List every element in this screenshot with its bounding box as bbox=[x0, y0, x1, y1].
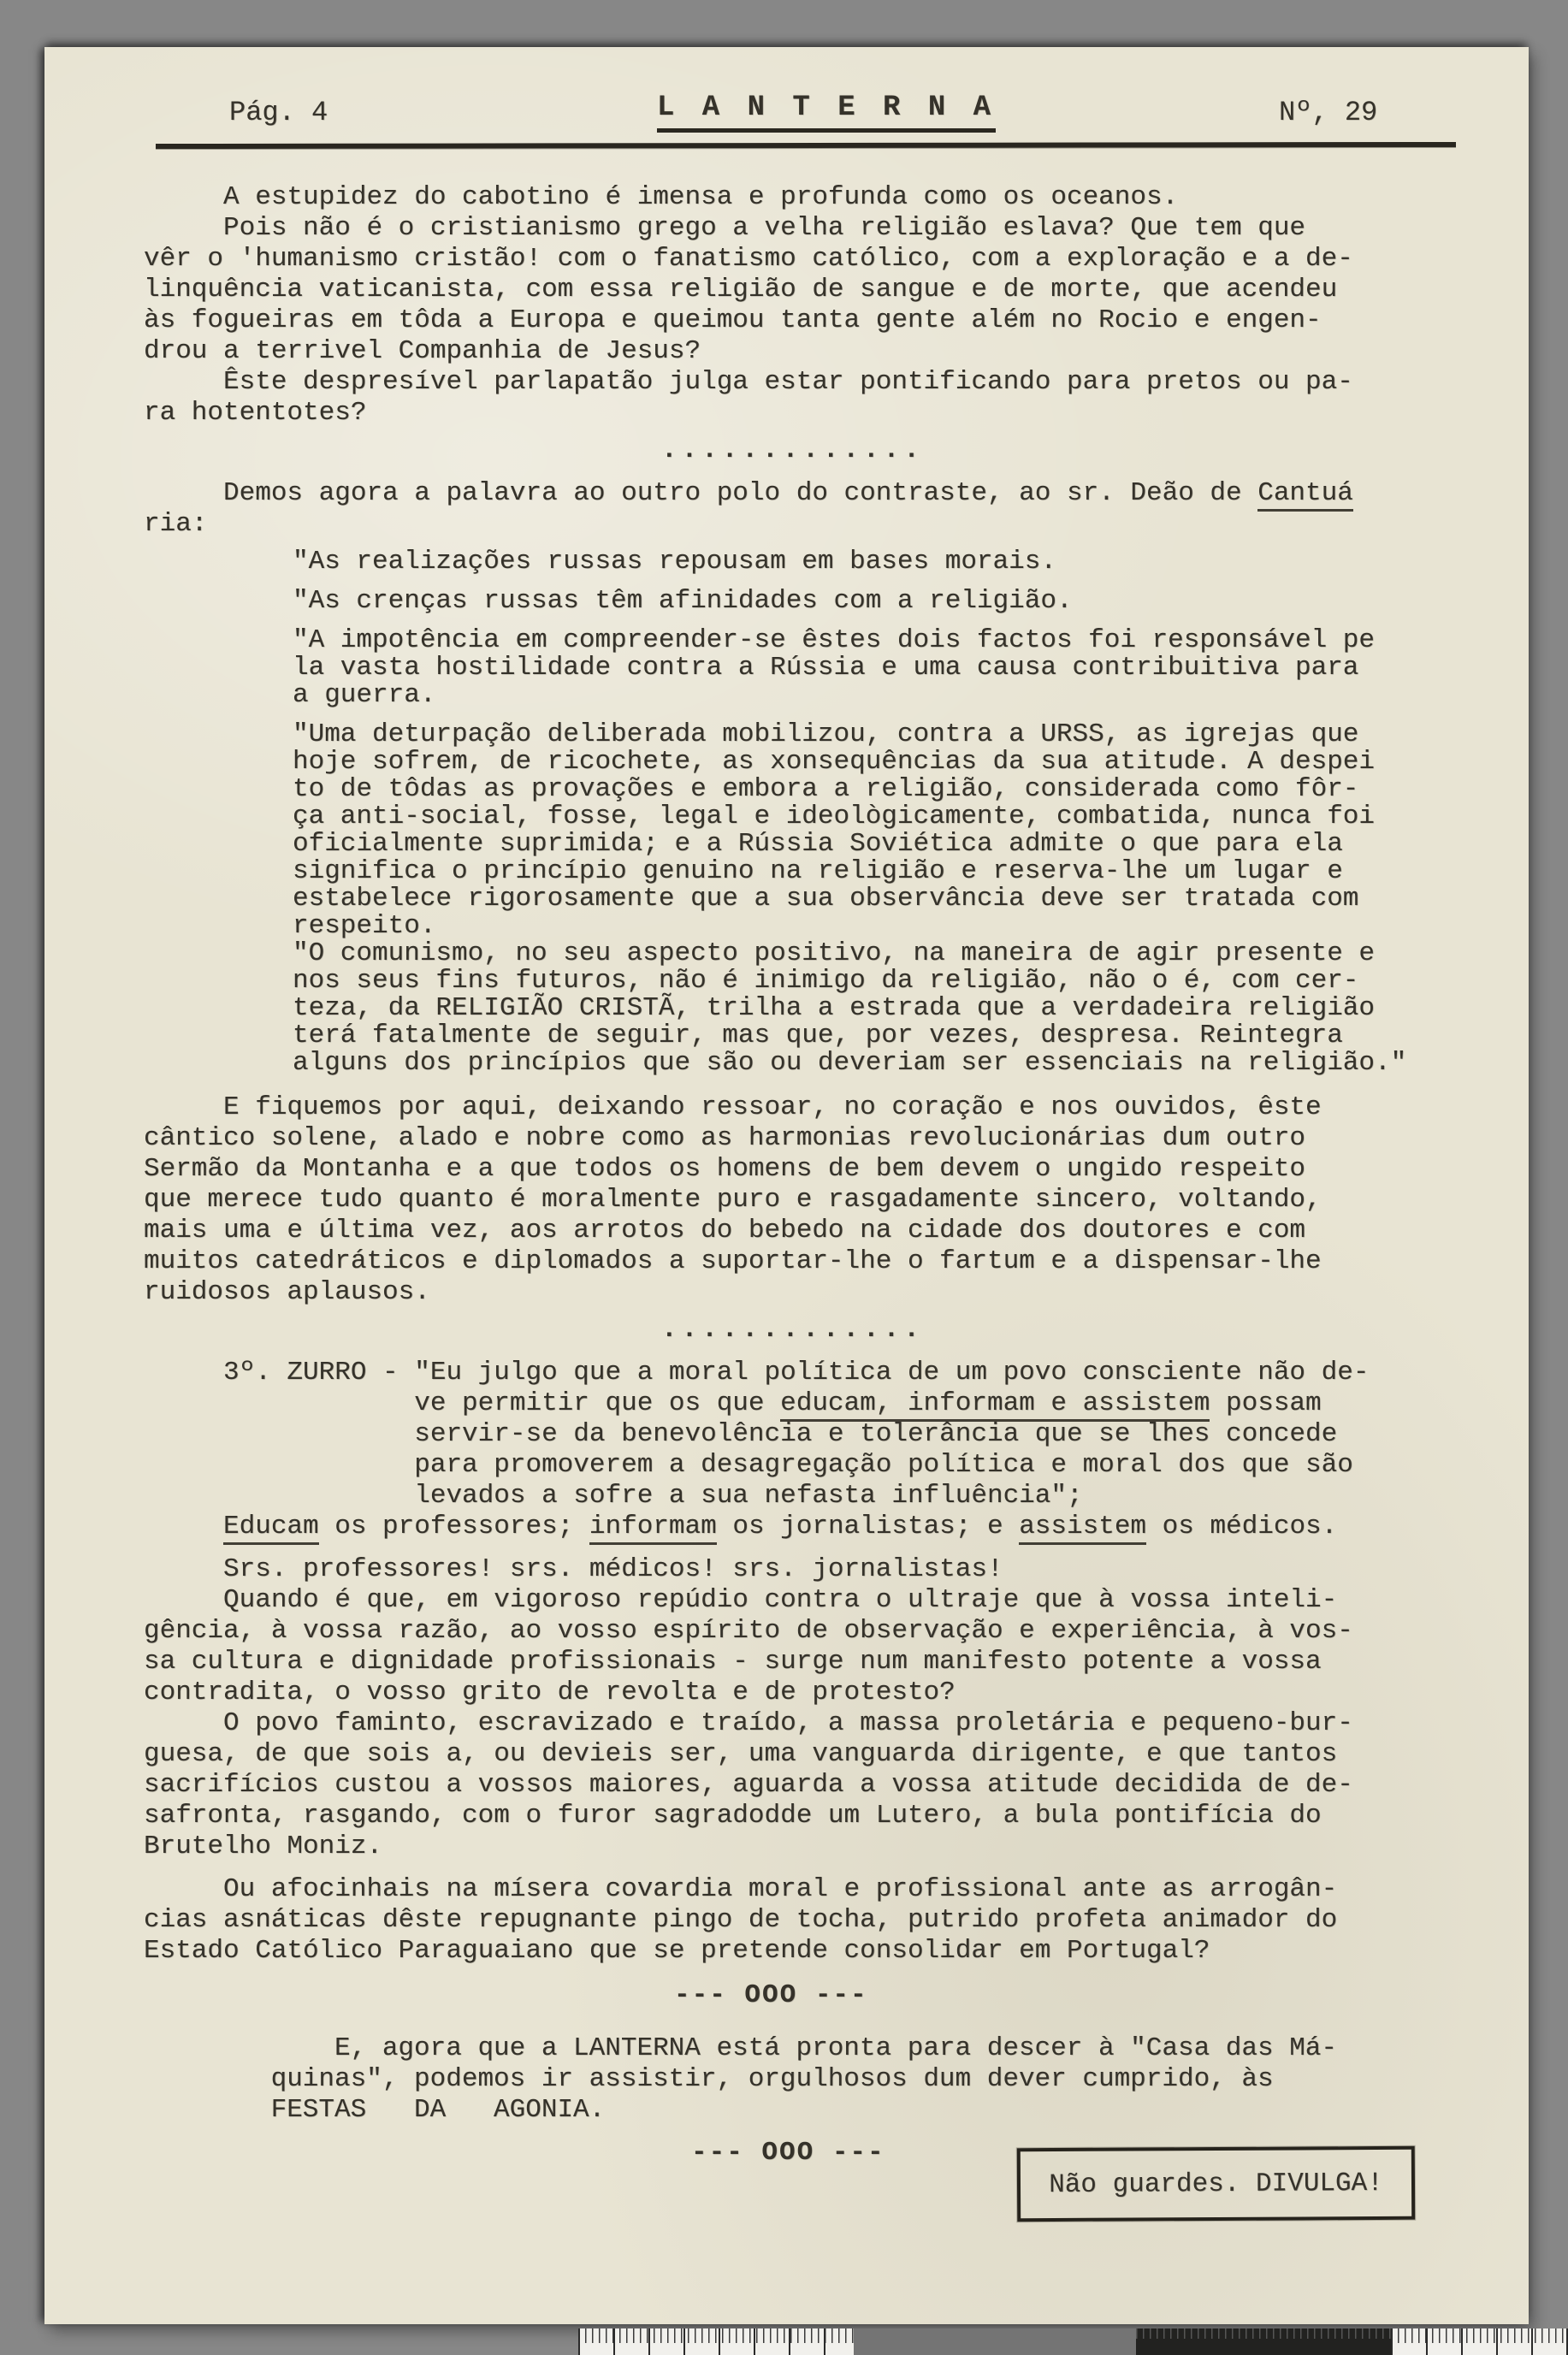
text-line: nos seus fins futuros, não é inimigo da … bbox=[293, 967, 1478, 995]
text-line: oficialmente suprimida; e a Rússia Sovié… bbox=[293, 831, 1478, 858]
text-line: 3º. ZURRO - "Eu julgo que a moral políti… bbox=[144, 1358, 1478, 1388]
text-line: "As realizações russas repousam em bases… bbox=[293, 548, 1478, 576]
ruler-segment bbox=[854, 2328, 1136, 2355]
dots-separator: ············· bbox=[661, 441, 1478, 471]
section-separator: --- OOO --- bbox=[674, 1980, 1478, 2011]
masthead-title: L A N T E R N A bbox=[657, 92, 996, 133]
text-line: Pois não é o cristianismo grego a velha … bbox=[144, 213, 1478, 244]
text-line: que merece tudo quanto é moralmente puro… bbox=[144, 1185, 1478, 1216]
paragraph-block: Demos agora a palavra ao outro polo do c… bbox=[144, 478, 1478, 540]
text-line: Sermão da Montanha e a que todos os home… bbox=[144, 1154, 1478, 1185]
header-rule bbox=[156, 142, 1456, 149]
document-page: Pág. 4 L A N T E R N A Nº, 29 A estupide… bbox=[44, 47, 1529, 2324]
text-line: to de tôdas as provações e embora a reli… bbox=[293, 776, 1478, 803]
text-line: significa o princípio genuino na religiã… bbox=[293, 858, 1478, 885]
text-line: servir-se da benevolência e tolerância q… bbox=[144, 1419, 1478, 1450]
text-line: "A impotência em compreender-se êstes do… bbox=[293, 627, 1478, 654]
text-line: FESTAS DA AGONIA. bbox=[255, 2095, 1478, 2126]
text-line: "O comunismo, no seu aspecto positivo, n… bbox=[293, 940, 1478, 967]
text-line: cântico solene, alado e nobre como as ha… bbox=[144, 1123, 1478, 1154]
text-line: sa cultura e dignidade profissionais - s… bbox=[144, 1647, 1478, 1677]
text-line: E, agora que a LANTERNA está pronta para… bbox=[255, 2033, 1478, 2064]
text-line: ruidosos aplausos. bbox=[144, 1277, 1478, 1308]
text-line: mais uma e última vez, aos arrotos do be… bbox=[144, 1216, 1478, 1246]
text-line: vêr o 'humanismo cristão! com o fanatism… bbox=[144, 244, 1478, 275]
text-line: safronta, rasgando, com o furor sagradod… bbox=[144, 1801, 1478, 1831]
text-line: gência, à vossa razão, ao vosso espírito… bbox=[144, 1616, 1478, 1647]
text-line: linquência vaticanista, com essa religiã… bbox=[144, 275, 1478, 305]
text-line: "As crenças russas têm afinidades com a … bbox=[293, 588, 1478, 615]
text-line: respeito. bbox=[293, 913, 1478, 940]
dots-separator: ············· bbox=[661, 1320, 1478, 1351]
text-line: sacrifícios custou a vossos maiores, agu… bbox=[144, 1770, 1478, 1801]
issue-number: Nº, 29 bbox=[1279, 97, 1377, 128]
text-line: ça anti-social, fosse, legal e ideològic… bbox=[293, 803, 1478, 831]
text-line: Êste despresível parlapatão julga estar … bbox=[144, 367, 1478, 398]
text-line: A estupidez do cabotino é imensa e profu… bbox=[144, 182, 1478, 213]
text-line: cias asnáticas dêste repugnante pingo de… bbox=[144, 1905, 1478, 1936]
text-line: ve permitir que os que educam, informam … bbox=[144, 1388, 1478, 1419]
paragraph-block: 3º. ZURRO - "Eu julgo que a moral políti… bbox=[144, 1358, 1478, 1967]
text-line: alguns dos princípios que são ou deveria… bbox=[293, 1050, 1478, 1077]
text-line: Estado Católico Paraguaiano que se prete… bbox=[144, 1936, 1478, 1967]
paragraph-block: A estupidez do cabotino é imensa e profu… bbox=[144, 182, 1478, 429]
text-line: drou a terrivel Companhia de Jesus? bbox=[144, 336, 1478, 367]
text-line: E fiquemos por aqui, deixando ressoar, n… bbox=[144, 1092, 1478, 1123]
paragraph-block: E fiquemos por aqui, deixando ressoar, n… bbox=[144, 1092, 1478, 1308]
page-number: Pág. 4 bbox=[229, 97, 328, 128]
text-line: hoje sofrem, de ricochete, as xonsequênc… bbox=[293, 749, 1478, 776]
ruler-segment bbox=[1391, 2328, 1568, 2355]
text-line: contradita, o vosso grito de revolta e d… bbox=[144, 1677, 1478, 1708]
text-line: "Uma deturpação deliberada mobilizou, co… bbox=[293, 721, 1478, 749]
text-line: O povo faminto, escravizado e traído, a … bbox=[144, 1708, 1478, 1739]
text-line: quinas", podemos ir assistir, orgulhosos… bbox=[255, 2064, 1478, 2095]
text-line: Brutelho Moniz. bbox=[144, 1831, 1478, 1862]
scan-canvas: Pág. 4 L A N T E R N A Nº, 29 A estupide… bbox=[0, 0, 1568, 2355]
text-line: a guerra. bbox=[293, 682, 1478, 709]
text-line: ria: bbox=[144, 509, 1478, 540]
text-line: às fogueiras em tôda a Europa e queimou … bbox=[144, 305, 1478, 336]
text-line: la vasta hostilidade contra a Rússia e u… bbox=[293, 654, 1478, 682]
text-line: Educam os professores; informam os jorna… bbox=[144, 1512, 1478, 1542]
text-line bbox=[144, 1542, 1478, 1554]
stamp-text: Não guardes. DIVULGA! bbox=[1049, 2168, 1383, 2199]
text-line bbox=[144, 1862, 1478, 1874]
text-line: estabelece rigorosamente que a sua obser… bbox=[293, 885, 1478, 913]
text-line: Quando é que, em vigoroso repúdio contra… bbox=[144, 1585, 1478, 1616]
text-line: levados a sofre a sua nefasta influência… bbox=[144, 1481, 1478, 1512]
paragraph-block: "As realizações russas repousam em bases… bbox=[293, 548, 1478, 1077]
text-line: muitos catedráticos e diplomados a supor… bbox=[144, 1246, 1478, 1277]
text-line: terá fatalmente de seguir, mas que, por … bbox=[293, 1022, 1478, 1050]
text-line: guesa, de que sois a, ou devieis ser, um… bbox=[144, 1739, 1478, 1770]
text-line: Ou afocinhais na mísera covardia moral e… bbox=[144, 1874, 1478, 1905]
text-line: teza, da RELIGIÃO CRISTÃ, trilha a estra… bbox=[293, 995, 1478, 1022]
stamp-box: Não guardes. DIVULGA! bbox=[1017, 2146, 1415, 2222]
paragraph-block: E, agora que a LANTERNA está pronta para… bbox=[255, 2033, 1478, 2126]
ruler-segment bbox=[578, 2328, 854, 2355]
ruler-segment bbox=[1136, 2328, 1391, 2355]
text-line: Demos agora a palavra ao outro polo do c… bbox=[144, 478, 1478, 509]
text-line: para promoverem a desagregação política … bbox=[144, 1450, 1478, 1481]
text-line: Srs. professores! srs. médicos! srs. jor… bbox=[144, 1554, 1478, 1585]
document-body: A estupidez do cabotino é imensa e profu… bbox=[144, 182, 1478, 2169]
text-line: ra hotentotes? bbox=[144, 398, 1478, 429]
